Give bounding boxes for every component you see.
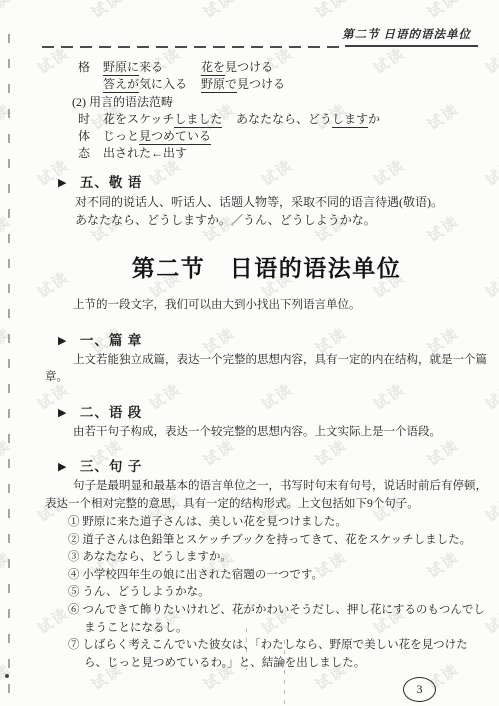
running-header-title: 第二节 日语的语法单位 (342, 29, 471, 41)
grammar-subheading: (2) 用言的语法范畴 (72, 93, 488, 111)
list-item: ⑤ うん、どうしようかな。 (68, 584, 488, 602)
section-heading-juzi: ▶ 三、句 子 (58, 455, 488, 475)
running-header: 第二节 日语的语法单位 (45, 26, 488, 42)
duan-body: 由若干句子构成，表达一个较完整的思想内容。上文实际上是一个语段。 (45, 424, 488, 442)
sentence-number: ⑥ (68, 604, 80, 616)
section-marker-icon: ▶ (58, 461, 66, 473)
list-item: ② 道子さんは色鉛筆とスケッチブックを持ってきて、花をスケッチしました。 (68, 532, 488, 550)
case-example: 野原で見つける (201, 77, 285, 93)
page-number: 3 (417, 682, 423, 696)
list-item: ⑦ しばらく考えこんでいた彼女は、「わたしなら、野原で美しい花を見つけたら、じっ… (68, 637, 488, 672)
header-rule-solid (345, 45, 478, 47)
section-heading-duan: ▶ 二、语 段 (58, 401, 488, 421)
grammar-row-voice: 态 出された←出す (45, 145, 488, 162)
section-marker-icon: ▶ (58, 407, 66, 419)
scanned-page: 试读试读试读试读试读试读试读试读试读试读试读试读试读试读试读试读试读试读试读试读… (0, 0, 499, 706)
sentence-number: ④ (68, 569, 80, 581)
sentence-number: ③ (68, 551, 80, 563)
sentence-number: ② (68, 534, 80, 546)
grammar-examples-block: 格 野原に来る 花を見つける 答えが気に入る 野原で見つける (2) 用言的语法… (45, 59, 488, 162)
page-number-badge: 3 (403, 677, 436, 702)
tense-example: 花をスケッチしました (103, 111, 233, 128)
list-item: ③ あなたなら、どうしますか。 (68, 549, 488, 567)
main-title: 第二节 日语的语法单位 (45, 250, 488, 283)
section-marker-icon: ▶ (58, 335, 66, 347)
grammar-row-case-1: 格 野原に来る 花を見つける (45, 59, 488, 76)
header-rule (45, 44, 488, 51)
sentence-list: ① 野原に来た道子さんは、美しい花を見つけました。 ② 道子さんは色鉛筆とスケッ… (45, 514, 488, 672)
section-heading-label: 五、敬 语 (80, 175, 142, 190)
voice-example: 出された←出す (103, 146, 187, 160)
keigo-body-line: 对不同的说话人、听话人、话题人物等，采取不同的语言待遇(敬语)。 (75, 194, 488, 212)
tense-label: 时 (78, 111, 100, 128)
list-item: ⑥ つんできて飾りたいけれど、花がかわいそうだし、押し花にするのもつんでしまうこ… (68, 602, 488, 637)
page-content: 第二节 日语的语法单位 格 野原に来る 花を見つける 答えが気に入る 野原で見つ… (0, 0, 499, 702)
section-heading-label: 三、句 子 (80, 459, 142, 474)
intro-paragraph: 上节的一段文字，我们可以由大到小找出下列语言单位。 (45, 297, 488, 315)
section-heading-keigo: ▶ 五、敬 语 (58, 171, 488, 191)
voice-label: 态 (78, 145, 100, 162)
case-example: 答えが気に入る (103, 76, 198, 93)
list-item: ④ 小学校四年生の娘に出された宿題の一つです。 (68, 567, 488, 585)
case-label: 格 (78, 59, 100, 76)
grammar-row-tense: 时 花をスケッチしました あなたなら、どうしますか (45, 111, 488, 128)
grammar-row-case-2: 答えが気に入る 野原で見つける (45, 76, 488, 93)
case-example: 花を見つける (201, 60, 273, 76)
section-heading-pian: ▶ 一、篇 章 (58, 329, 488, 349)
section-marker-icon: ▶ (58, 177, 66, 189)
section-heading-label: 一、篇 章 (80, 333, 142, 348)
grammar-row-aspect: 体 じっと見つめている (45, 128, 488, 145)
pian-body: 上文若能独立成篇，表达一个完整的思想内容，具有一定的内在结构，就是一个篇章。 (45, 352, 488, 387)
list-item: ① 野原に来た道子さんは、美しい花を見つけました。 (68, 514, 488, 532)
juzi-body: 句子是最明显和最基本的语言单位之一，书写时句末有句号，说话时前后有停顿，表达一个… (45, 478, 488, 513)
aspect-label: 体 (78, 128, 100, 145)
case-example: 野原に来る (103, 59, 198, 76)
sentence-number: ① (68, 516, 80, 528)
sentence-number: ⑤ (68, 586, 80, 598)
header-rule-dashed (42, 46, 345, 48)
aspect-example: じっと見つめている (103, 129, 211, 145)
tense-example: あなたなら、どうしますか (236, 112, 380, 128)
section-heading-label: 二、语 段 (80, 405, 142, 420)
keigo-body-line: あなたなら、どうしますか。／うん、どうしようかな。 (75, 212, 488, 230)
sentence-number: ⑦ (68, 639, 80, 651)
